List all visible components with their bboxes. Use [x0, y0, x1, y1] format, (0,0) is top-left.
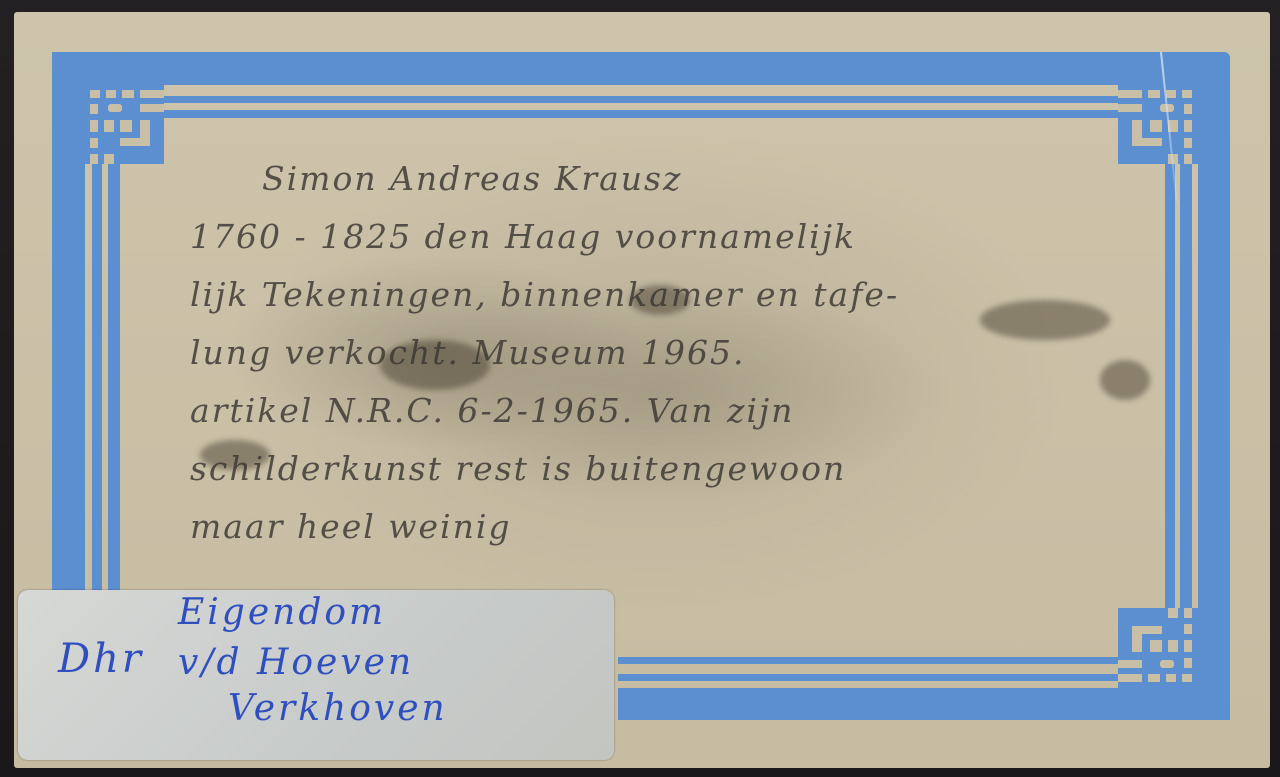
border-top-band	[52, 52, 1230, 85]
border-left-line	[108, 160, 120, 597]
ownership-label: Dhr Eigendom v/d Hoeven Verkhoven	[18, 590, 614, 760]
note-line: schilderkunst rest is buitengewoon	[190, 440, 1150, 498]
corner-ornament-icon	[84, 84, 164, 164]
note-line: lung verkocht. Museum 1965.	[190, 324, 1150, 382]
note-line: lijk Tekeningen, binnenkamer en tafe-	[190, 266, 1150, 324]
border-right-line	[1165, 160, 1175, 610]
label-salutation: Dhr	[58, 636, 144, 682]
corner-ornament-icon	[1118, 608, 1198, 688]
handwritten-note: Simon Andreas Krausz 1760 - 1825 den Haa…	[190, 150, 1150, 556]
border-bottom-band	[618, 688, 1230, 720]
border-left-band	[52, 52, 85, 597]
border-bottom-line	[618, 674, 1118, 681]
border-right-line	[1180, 160, 1192, 610]
label-line: v/d Hoeven	[178, 642, 414, 683]
border-top-line	[160, 96, 1118, 103]
border-bottom-line	[618, 657, 1118, 664]
note-line: artikel N.R.C. 6-2-1965. Van zijn	[190, 382, 1150, 440]
border-top-line	[160, 110, 1118, 118]
label-line: Verkhoven	[228, 688, 448, 729]
border-right-band	[1198, 52, 1230, 720]
border-left-line	[92, 160, 102, 597]
note-line: maar heel weinig	[190, 498, 1150, 556]
note-line: Simon Andreas Krausz	[190, 150, 1150, 208]
label-line: Eigendom	[178, 592, 386, 633]
note-line: 1760 - 1825 den Haag voornamelijk	[190, 208, 1150, 266]
